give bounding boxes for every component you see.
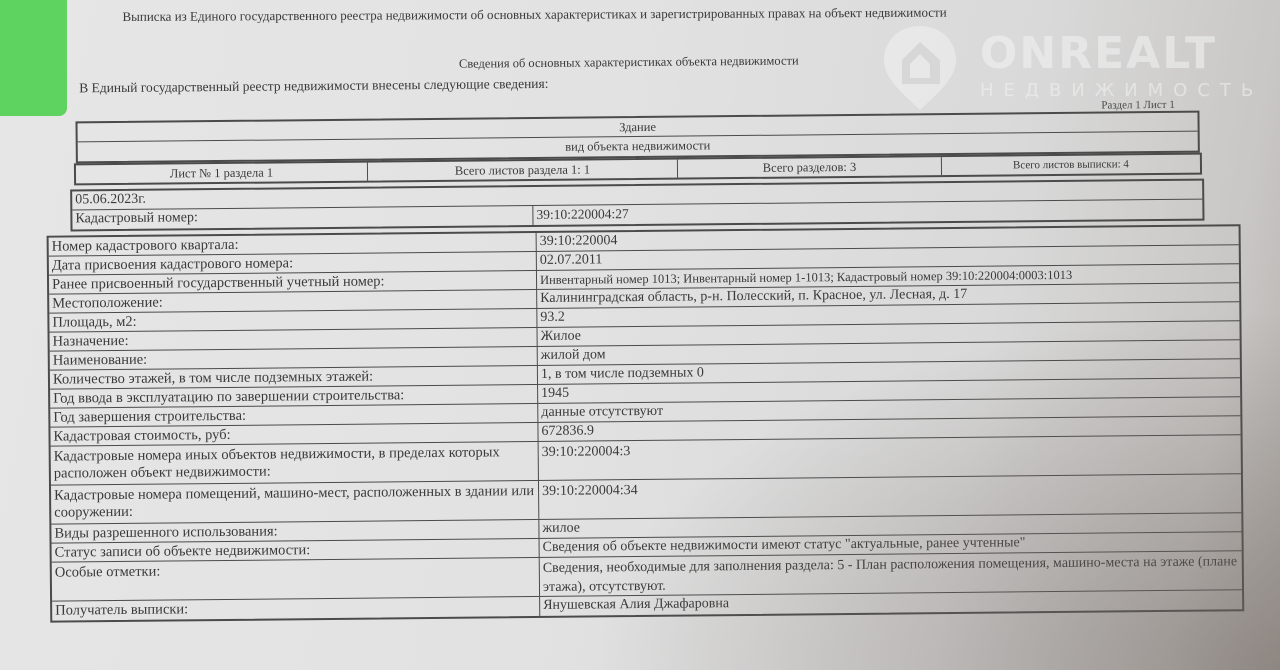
field-label: Кадастровые номера помещений, машино-мес… [51,481,539,524]
document-intro: В Единый государственный реестр недвижим… [79,76,548,97]
section-label: Раздел 1 Лист 1 [1101,99,1175,112]
field-value: 39:10:220004:3 [539,435,1241,480]
document-page: Выписка из Единого государственного реес… [0,0,1280,670]
field-label: Особые отметки: [52,558,540,601]
characteristics-table: Номер кадастрового квартала:39:10:220004… [47,224,1245,622]
field-value: Сведения, необходимые для заполнения раз… [540,551,1242,596]
document-title: Выписка из Единого государственного реес… [122,5,946,25]
total-sections: Всего разделов: 3 [678,157,942,178]
total-sheets-extract: Всего листов выписки: 4 [942,155,1200,175]
cadastral-box: 05.06.2023г. Кадастровый номер: 39:10:22… [70,179,1204,232]
document-subtitle: Сведения об основных характеристиках объ… [459,53,799,71]
field-label: Кадастровые номера иных объектов недвижи… [51,442,539,485]
total-sheets-section: Всего листов раздела 1: 1 [368,160,678,181]
sheet-number: Лист № 1 раздела 1 [76,163,368,184]
field-label: Получатель выписки: [52,597,540,621]
field-value: 39:10:220004:34 [539,474,1241,519]
cadastral-number-label: Кадастровый номер: [72,206,533,229]
